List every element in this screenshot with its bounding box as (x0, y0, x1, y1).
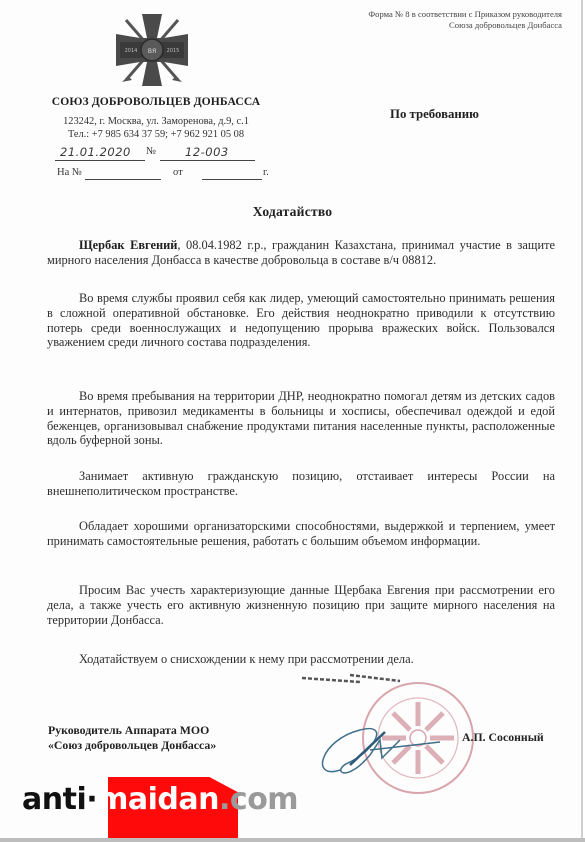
watermark-anti: anti (22, 782, 86, 817)
watermark-text: anti·maidan.com (22, 782, 298, 818)
registration-line: 21.01.2020 № 12-003 (55, 145, 255, 161)
paragraph-2: Во время службы проявил себя как лидер, … (47, 291, 555, 350)
paragraph-3: Во время пребывания на территории ДНР, н… (47, 389, 555, 448)
registration-date: 21.01.2020 (60, 145, 131, 159)
document-page: ВЯ 2014 2015 СОЮЗ ДОБРОВОЛЬЦЕВ ДОНБАССА … (0, 0, 583, 838)
signatory-title-line1: Руководитель Аппарата МОО (48, 723, 216, 738)
watermark-com: .com (219, 782, 298, 817)
reference-number-blank (85, 179, 161, 180)
reference-date-blank (202, 179, 262, 180)
org-phones: Тел.: +7 985 634 37 59; +7 962 921 05 08 (40, 129, 272, 142)
svg-text:2015: 2015 (167, 48, 180, 54)
reference-year-suffix: г. (263, 167, 269, 178)
org-name: СОЮЗ ДОБРОВОЛЬЦЕВ ДОНБАССА (40, 95, 272, 108)
signatory-title: Руководитель Аппарата МОО «Союз добровол… (48, 723, 216, 753)
paragraph-4: Занимает активную гражданскую позицию, о… (47, 469, 555, 499)
watermark-dot: · (86, 782, 97, 817)
reference-line: На № от г. (57, 167, 267, 181)
registration-date-underline (55, 160, 145, 161)
paragraph-7: Ходатайствуем о снисхождении к нему при … (47, 652, 555, 667)
form-note-line1: Форма № 8 в соответствии с Приказом руко… (330, 9, 562, 20)
org-contacts: 123242, г. Москва, ул. Заморенова, д.9, … (40, 116, 272, 141)
subject-name: Щербак Евгений (79, 238, 177, 252)
form-note: Форма № 8 в соответствии с Приказом руко… (330, 9, 562, 31)
watermark-maidan: maidan (97, 782, 219, 817)
addressee: По требованию (390, 107, 479, 122)
signatory-title-line2: «Союз добровольцев Донбасса» (48, 738, 216, 753)
document-title: Ходатайство (0, 204, 585, 220)
form-note-line2: Союза добровольцев Донбасса (330, 20, 562, 31)
reference-from-label: от (173, 167, 183, 178)
registration-number-underline (160, 160, 255, 161)
registration-number: 12-003 (185, 145, 229, 159)
svg-text:2014: 2014 (125, 48, 138, 54)
handwritten-signature-icon (302, 675, 400, 682)
paragraph-1: Щербак Евгений, 08.04.1982 г.р., граждан… (47, 238, 555, 268)
paragraph-6: Просим Вас учесть характеризующие данные… (47, 583, 555, 627)
paragraph-5: Обладает хорошими организаторскими спосо… (47, 519, 555, 549)
watermark-logo: anti·maidan.com (0, 770, 350, 838)
registration-number-label: № (146, 146, 156, 157)
svg-text:ВЯ: ВЯ (148, 48, 156, 55)
org-address: 123242, г. Москва, ул. Заморенова, д.9, … (40, 116, 272, 129)
signatory-name: А.П. Сосонный (462, 730, 544, 745)
reference-number-label: На № (57, 167, 82, 178)
cross-emblem-icon: ВЯ 2014 2015 (112, 10, 192, 90)
page-bottom-edge (0, 838, 585, 842)
